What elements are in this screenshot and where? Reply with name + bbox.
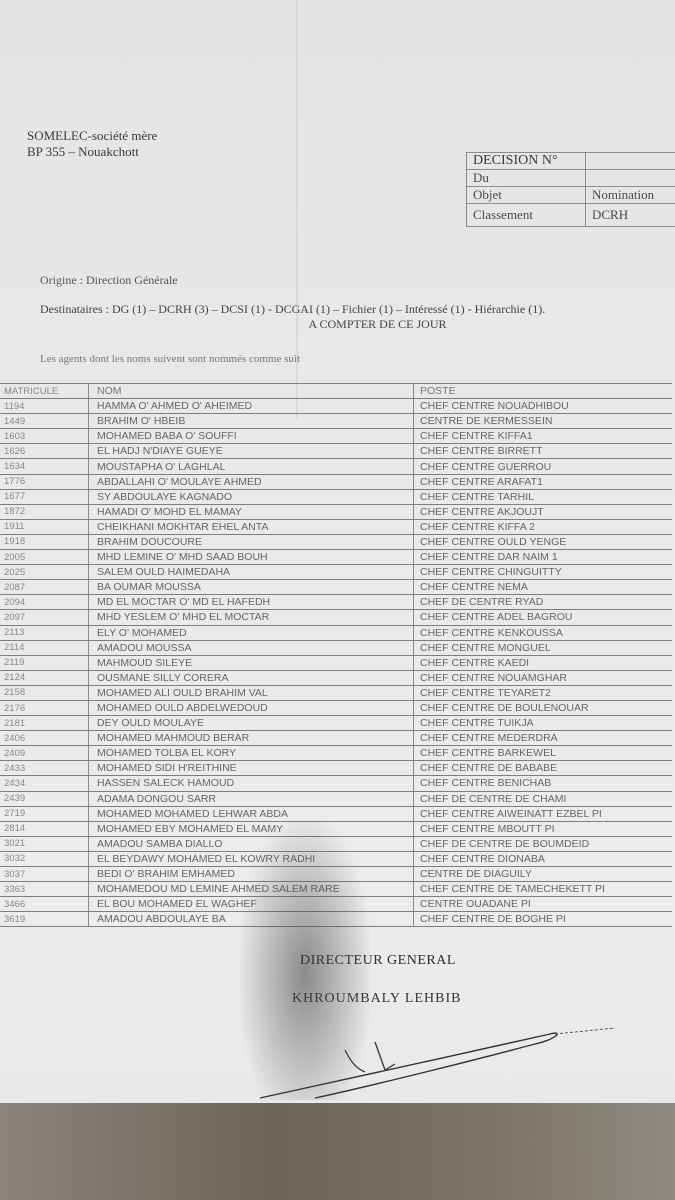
name-cell: MOHAMEDOU MD LEMINE AHMED SALEM RARE — [89, 882, 414, 897]
position-cell: CHEF CENTRE ARAFAT1 — [414, 474, 673, 489]
matricule-cell: 2087 — [0, 580, 89, 595]
decision-value: DCRH — [586, 204, 675, 227]
name-cell: CHEIKHANI MOKHTAR EHEL ANTA — [89, 519, 414, 534]
table-row: 2087BA OUMAR MOUSSACHEF CENTRE NEMA — [0, 580, 672, 595]
position-cell: CHEF CENTRE OULD YENGE — [414, 534, 673, 549]
name-cell: HAMADI O' MOHD EL MAMAY — [89, 504, 414, 519]
table-row: 2434HASSEN SALECK HAMOUDCHEF CENTRE BENI… — [0, 776, 672, 791]
position-cell: CHEF CENTRE NEMA — [414, 580, 673, 595]
matricule-cell: 1911 — [0, 519, 89, 534]
matricule-cell: 2025 — [0, 565, 89, 580]
position-cell: CENTRE DE DIAGUILY — [414, 867, 673, 882]
decision-label: Du — [467, 170, 586, 187]
position-cell: CHEF CENTRE BIRRETT — [414, 444, 673, 459]
matricule-cell: 2433 — [0, 761, 89, 776]
decision-value: Nomination — [586, 187, 675, 204]
organization-address: BP 355 – Nouakchott — [27, 144, 157, 160]
position-cell: CHEF CENTRE KIFFA1 — [414, 429, 673, 444]
matricule-cell: 3021 — [0, 836, 89, 851]
matricule-cell: 1634 — [0, 459, 89, 474]
name-cell: ELY O' MOHAMED — [89, 625, 414, 640]
table-header-row: MATRICULE NOM POSTE — [0, 384, 672, 399]
matricule-cell: 3032 — [0, 851, 89, 866]
table-row: 2094MD EL MOCTAR O' MD EL HAFEDHCHEF DE … — [0, 595, 672, 610]
name-cell: EL HADJ N'DIAYE GUEYE — [89, 444, 414, 459]
table-row: 1872HAMADI O' MOHD EL MAMAYCHEF CENTRE A… — [0, 504, 672, 519]
table-row: 2114AMADOU MOUSSACHEF CENTRE MONGUEL — [0, 640, 672, 655]
matricule-cell: 2409 — [0, 746, 89, 761]
matricule-cell: 1194 — [0, 399, 89, 414]
name-cell: BRAHIM DOUCOURE — [89, 534, 414, 549]
origin-line: Origine : Direction Générale — [40, 273, 178, 288]
table-row: 1603MOHAMED BABA O' SOUFFI CHEF CENTRE K… — [0, 429, 672, 444]
name-cell: MOHAMED OULD ABDELWEDOUD — [89, 700, 414, 715]
matricule-cell: 1626 — [0, 444, 89, 459]
table-row: 2814MOHAMED EBY MOHAMED EL MAMYCHEF CENT… — [0, 821, 672, 836]
document-page: SOMELEC-société mère BP 355 – Nouakchott… — [0, 0, 675, 1103]
name-cell: MOHAMED ALI OULD BRAHIM VAL — [89, 685, 414, 700]
table-row: 3032EL BEYDAWY MOHAMED EL KOWRY RADHICHE… — [0, 851, 672, 866]
name-cell: EL BOU MOHAMED EL WAGHEF — [89, 897, 414, 912]
table-row: 2719MOHAMED MOHAMED LEHWAR ABDACHEF CENT… — [0, 806, 672, 821]
decision-box: DECISION N°DuObjetNominationClassementDC… — [466, 152, 675, 227]
name-cell: SY ABDOULAYE KAGNADO — [89, 489, 414, 504]
table-row: 3021AMADOU SAMBA DIALLOCHEF DE CENTRE DE… — [0, 836, 672, 851]
signatory-title: DIRECTEUR GENERAL — [300, 953, 456, 969]
matricule-cell: 2094 — [0, 595, 89, 610]
name-cell: MOHAMED MOHAMED LEHWAR ABDA — [89, 806, 414, 821]
name-cell: SALEM OULD HAIMEDAHA — [89, 565, 414, 580]
table-row: 3619AMADOU ABDOULAYE BACHEF CENTRE DE BO… — [0, 912, 672, 927]
matricule-cell: 2097 — [0, 610, 89, 625]
position-cell: CHEF CENTRE DIONABA — [414, 851, 673, 866]
position-cell: CHEF DE CENTRE DE BOUMDEID — [414, 836, 673, 851]
table-row: 2406MOHAMED MAHMOUD BERARCHEF CENTRE MED… — [0, 731, 672, 746]
position-cell: CHEF CENTRE DE BOULENOUAR — [414, 700, 673, 715]
name-cell: HAMMA O' AHMED O' AHEIMED — [89, 399, 414, 414]
table-row: 1911CHEIKHANI MOKHTAR EHEL ANTACHEF CENT… — [0, 519, 672, 534]
position-cell: CHEF CENTRE DAR NAIM 1 — [414, 550, 673, 565]
matricule-cell: 1872 — [0, 504, 89, 519]
table-row: 2439ADAMA DONGOU SARRCHEF DE CENTRE DE C… — [0, 791, 672, 806]
matricule-cell: 1603 — [0, 429, 89, 444]
table-row: 2005MHD LEMINE O' MHD SAAD BOUHCHEF CENT… — [0, 550, 672, 565]
table-row: 2119MAHMOUD SILEYECHEF CENTRE KAEDI — [0, 655, 672, 670]
name-cell: AMADOU ABDOULAYE BA — [89, 912, 414, 927]
table-row: 1677SY ABDOULAYE KAGNADOCHEF CENTRE TARH… — [0, 489, 672, 504]
decision-value — [586, 170, 675, 187]
decision-label: DECISION N° — [467, 153, 586, 170]
decision-row: ObjetNomination — [467, 187, 675, 204]
name-cell: MOHAMED EBY MOHAMED EL MAMY — [89, 821, 414, 836]
matricule-cell: 1449 — [0, 414, 89, 429]
name-cell: MHD LEMINE O' MHD SAAD BOUH — [89, 550, 414, 565]
name-cell: MOHAMED MAHMOUD BERAR — [89, 731, 414, 746]
matricule-cell: 2176 — [0, 700, 89, 715]
organization-name: SOMELEC-société mère — [27, 128, 157, 144]
matricule-cell: 2434 — [0, 776, 89, 791]
table-row: 1918BRAHIM DOUCOURECHEF CENTRE OULD YENG… — [0, 534, 672, 549]
table-row: 2124OUSMANE SILLY CORERACHEF CENTRE NOUA… — [0, 670, 672, 685]
matricule-cell: 1918 — [0, 534, 89, 549]
position-cell: CHEF CENTRE NOUADHIBOU — [414, 399, 673, 414]
position-cell: CHEF CENTRE KAEDI — [414, 655, 673, 670]
name-cell: OUSMANE SILLY CORERA — [89, 670, 414, 685]
position-cell: CHEF CENTRE TEYARET2 — [414, 685, 673, 700]
position-cell: CHEF CENTRE DE BABABE — [414, 761, 673, 776]
decision-value — [586, 153, 675, 170]
name-cell: MOHAMED SIDI H'REITHINE — [89, 761, 414, 776]
table-row: 3466EL BOU MOHAMED EL WAGHEFCENTRE OUADA… — [0, 897, 672, 912]
matricule-cell: 2719 — [0, 806, 89, 821]
name-cell: ADAMA DONGOU SARR — [89, 791, 414, 806]
recipients-line: Destinataires : DG (1) – DCRH (3) – DCSI… — [40, 302, 545, 317]
nominations-table: MATRICULE NOM POSTE 1194HAMMA O' AHMED O… — [0, 383, 672, 927]
table-row: 2113ELY O' MOHAMEDCHEF CENTRE KENKOUSSA — [0, 625, 672, 640]
matricule-cell: 2119 — [0, 655, 89, 670]
name-cell: DEY OULD MOULAYE — [89, 716, 414, 731]
matricule-cell: 1677 — [0, 489, 89, 504]
name-cell: MOUSTAPHA O' LAGHLAL — [89, 459, 414, 474]
matricule-cell: 1776 — [0, 474, 89, 489]
signatory-name: KHROUMBALY LEHBIB — [292, 991, 461, 1007]
position-cell: CHEF CENTRE AKJOUJT — [414, 504, 673, 519]
position-cell: CHEF CENTRE ADEL BAGROU — [414, 610, 673, 625]
matricule-cell: 3037 — [0, 867, 89, 882]
name-cell: MOHAMED TOLBA EL KORY — [89, 746, 414, 761]
matricule-cell: 3363 — [0, 882, 89, 897]
header-poste: POSTE — [414, 384, 673, 399]
handwritten-signature-icon — [255, 1020, 635, 1100]
position-cell: CHEF CENTRE NOUAMGHAR — [414, 670, 673, 685]
name-cell: BRAHIM O' HBEIB — [89, 414, 414, 429]
header-matricule: MATRICULE — [0, 384, 89, 399]
table-row: 2025SALEM OULD HAIMEDAHACHEF CENTRE CHIN… — [0, 565, 672, 580]
name-cell: EL BEYDAWY MOHAMED EL KOWRY RADHI — [89, 851, 414, 866]
table-row: 1634MOUSTAPHA O' LAGHLALCHEF CENTRE GUER… — [0, 459, 672, 474]
name-cell: AMADOU SAMBA DIALLO — [89, 836, 414, 851]
name-cell: MAHMOUD SILEYE — [89, 655, 414, 670]
table-row: 3363MOHAMEDOU MD LEMINE AHMED SALEM RARE… — [0, 882, 672, 897]
matricule-cell: 2814 — [0, 821, 89, 836]
table-row: 1776ABDALLAHI O' MOULAYE AHMEDCHEF CENTR… — [0, 474, 672, 489]
position-cell: CHEF CENTRE AIWEINATT EZBEL PI — [414, 806, 673, 821]
matricule-cell: 3466 — [0, 897, 89, 912]
matricule-cell: 2124 — [0, 670, 89, 685]
name-cell: MHD YESLEM O' MHD EL MOCTAR — [89, 610, 414, 625]
matricule-cell: 2158 — [0, 685, 89, 700]
name-cell: ABDALLAHI O' MOULAYE AHMED — [89, 474, 414, 489]
matricule-cell: 3619 — [0, 912, 89, 927]
position-cell: CHEF CENTRE GUERROU — [414, 459, 673, 474]
table-row: 2097MHD YESLEM O' MHD EL MOCTARCHEF CENT… — [0, 610, 672, 625]
letterhead: SOMELEC-société mère BP 355 – Nouakchott — [27, 128, 157, 160]
position-cell: CHEF DE CENTRE RYAD — [414, 595, 673, 610]
effective-date-line: A COMPTER DE CE JOUR — [0, 317, 675, 332]
table-row: 1194HAMMA O' AHMED O' AHEIMEDCHEF CENTRE… — [0, 399, 672, 414]
table-row: 2176MOHAMED OULD ABDELWEDOUDCHEF CENTRE … — [0, 700, 672, 715]
table-row: 2158MOHAMED ALI OULD BRAHIM VALCHEF CENT… — [0, 685, 672, 700]
name-cell: HASSEN SALECK HAMOUD — [89, 776, 414, 791]
table-row: 1449BRAHIM O' HBEIBCENTRE DE KERMESSEIN — [0, 414, 672, 429]
position-cell: CHEF CENTRE BENICHAB — [414, 776, 673, 791]
name-cell: BEDI O' BRAHIM EMHAMED — [89, 867, 414, 882]
table-row: 1626EL HADJ N'DIAYE GUEYECHEF CENTRE BIR… — [0, 444, 672, 459]
intro-sentence: Les agents dont les noms suivent sont no… — [40, 353, 300, 365]
header-nom: NOM — [89, 384, 414, 399]
name-cell: MOHAMED BABA O' SOUFFI — [89, 429, 414, 444]
decision-label: Classement — [467, 204, 586, 227]
table-row: 2409MOHAMED TOLBA EL KORYCHEF CENTRE BAR… — [0, 746, 672, 761]
matricule-cell: 2005 — [0, 550, 89, 565]
position-cell: CHEF CENTRE KENKOUSSA — [414, 625, 673, 640]
position-cell: CHEF CENTRE TARHIL — [414, 489, 673, 504]
background-surface — [0, 1103, 675, 1200]
table-row: 2433MOHAMED SIDI H'REITHINECHEF CENTRE D… — [0, 761, 672, 776]
position-cell: CHEF CENTRE MONGUEL — [414, 640, 673, 655]
decision-row: DECISION N° — [467, 153, 675, 170]
matricule-cell: 2113 — [0, 625, 89, 640]
decision-label: Objet — [467, 187, 586, 204]
table-row: 3037BEDI O' BRAHIM EMHAMEDCENTRE DE DIAG… — [0, 867, 672, 882]
name-cell: AMADOU MOUSSA — [89, 640, 414, 655]
decision-row: Du — [467, 170, 675, 187]
position-cell: CHEF CENTRE CHINGUITTY — [414, 565, 673, 580]
position-cell: CHEF CENTRE MEDERDRA — [414, 731, 673, 746]
matricule-cell: 2181 — [0, 716, 89, 731]
position-cell: CENTRE DE KERMESSEIN — [414, 414, 673, 429]
position-cell: CHEF CENTRE DE BOGHE PI — [414, 912, 673, 927]
table-row: 2181DEY OULD MOULAYECHEF CENTRE TUIKJA — [0, 716, 672, 731]
name-cell: MD EL MOCTAR O' MD EL HAFEDH — [89, 595, 414, 610]
position-cell: CHEF CENTRE KIFFA 2 — [414, 519, 673, 534]
matricule-cell: 2406 — [0, 731, 89, 746]
position-cell: CHEF DE CENTRE DE CHAMI — [414, 791, 673, 806]
position-cell: CENTRE OUADANE PI — [414, 897, 673, 912]
decision-row: ClassementDCRH — [467, 204, 675, 227]
position-cell: CHEF CENTRE BARKEWEL — [414, 746, 673, 761]
position-cell: CHEF CENTRE DE TAMECHEKETT PI — [414, 882, 673, 897]
position-cell: CHEF CENTRE MBOUTT PI — [414, 821, 673, 836]
matricule-cell: 2439 — [0, 791, 89, 806]
position-cell: CHEF CENTRE TUIKJA — [414, 716, 673, 731]
name-cell: BA OUMAR MOUSSA — [89, 580, 414, 595]
matricule-cell: 2114 — [0, 640, 89, 655]
